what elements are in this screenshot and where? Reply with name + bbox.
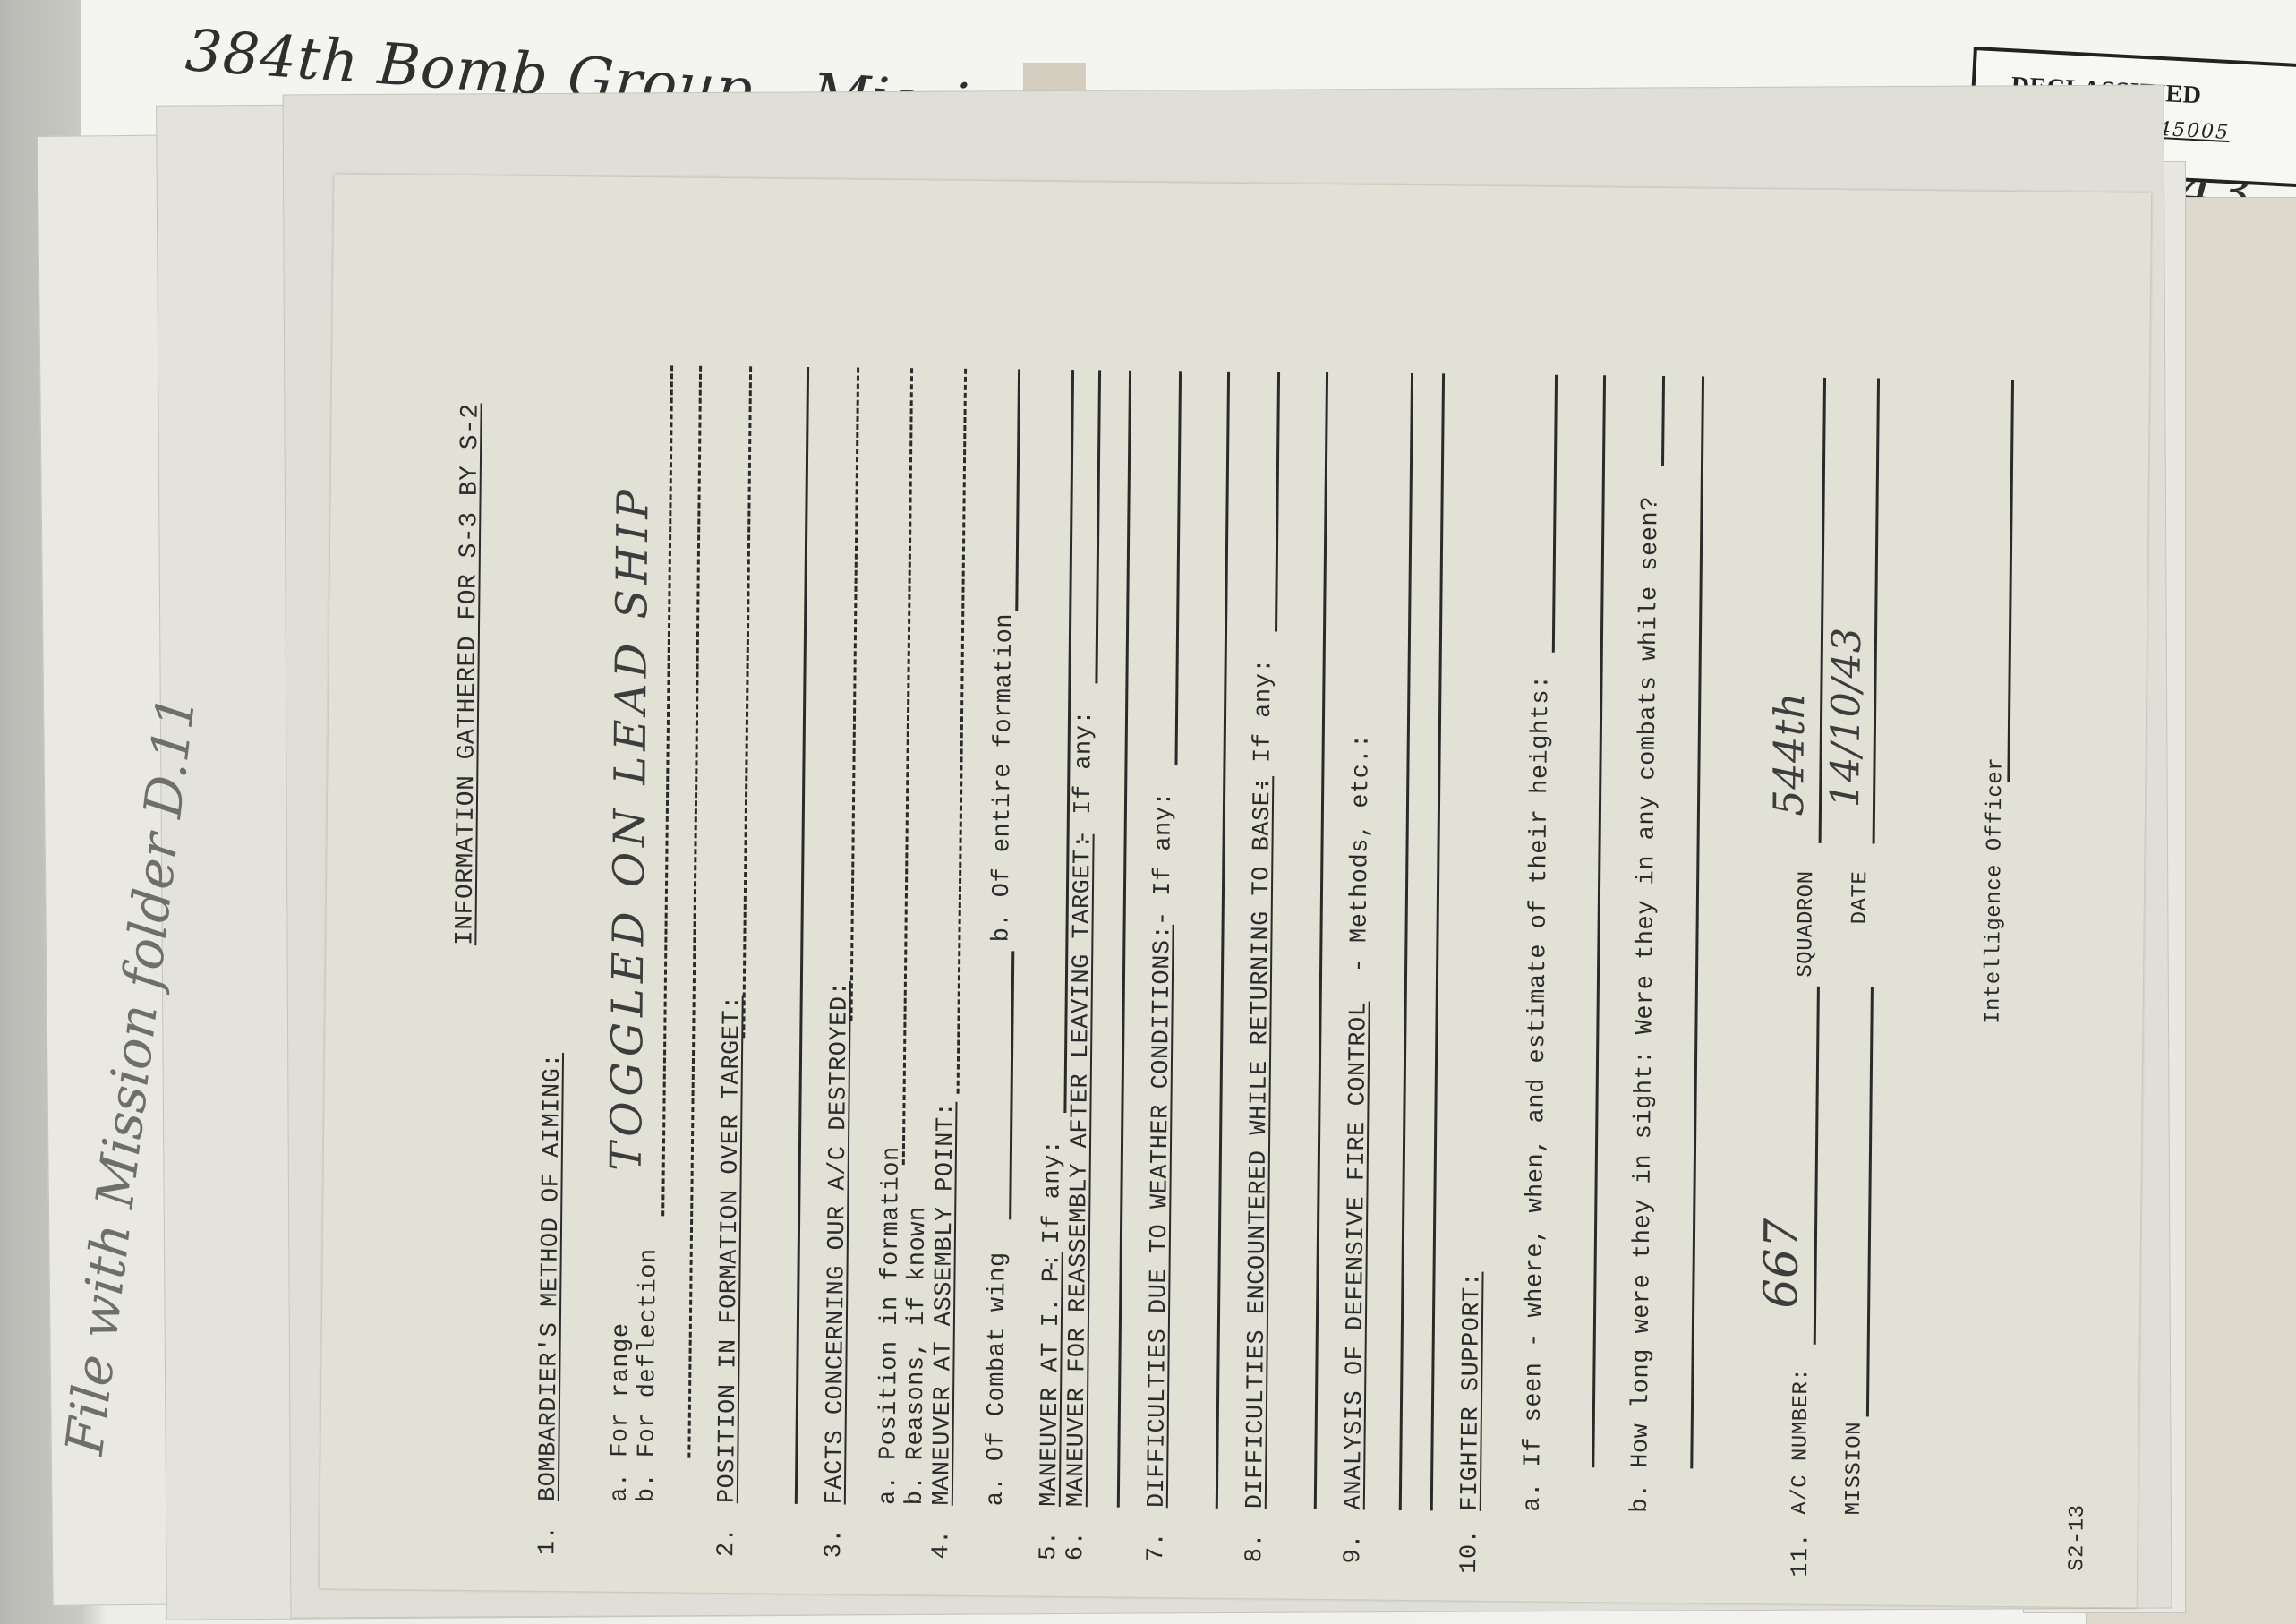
item-4-label: MANEUVER AT ASSEMBLY POINT:: [929, 1101, 960, 1505]
item-1b-line[interactable]: [661, 365, 673, 1216]
item-number: 7.: [1143, 1532, 1170, 1562]
item-10a-label: If seen - where, when, and estimate of t…: [1520, 674, 1555, 1467]
form-code: S2-13: [2065, 1504, 2090, 1571]
item-number: 8.: [1242, 1533, 1268, 1563]
sub-letter: b.: [988, 912, 1015, 943]
item-10a-line[interactable]: [1592, 375, 1606, 1467]
item-5-suffix: - If any:: [1039, 1139, 1068, 1274]
ac-number-value-handwritten: 667: [1754, 1218, 1809, 1308]
item-number: 6.: [1063, 1531, 1089, 1561]
item-6-suffix: - If any:: [1071, 710, 1099, 845]
sub-letter: b.: [902, 1475, 929, 1506]
item-1a-label: For range: [607, 1322, 636, 1457]
item-8-label: DIFFICULTIES ENCOUNTERED WHILE RETURNING…: [1242, 776, 1277, 1509]
item-2-line[interactable]: [795, 367, 809, 1504]
item-9-line[interactable]: [1430, 373, 1445, 1510]
item-1b-value-handwritten: TOGGLED ON LEAD SHIP: [602, 484, 659, 1171]
sub-letter: b.: [634, 1473, 661, 1503]
item-number: 2.: [713, 1527, 740, 1558]
date-line[interactable]: [1873, 378, 1880, 843]
ac-number-line[interactable]: [1814, 987, 1820, 1345]
squadron-label: SQUADRON: [1794, 870, 1819, 977]
item-number: 5.: [1036, 1530, 1063, 1560]
item-3a-line[interactable]: [902, 368, 913, 1165]
signature-line[interactable]: [2007, 380, 2014, 782]
item-4b-label: Of entire formation: [989, 613, 1019, 898]
mission-label: MISSION: [1842, 1422, 1867, 1516]
item-3a-label: Position in formation: [875, 1146, 906, 1460]
item-4a-line[interactable]: [1009, 951, 1014, 1219]
item-10b-line[interactable]: [1661, 376, 1665, 466]
squadron-value-handwritten: 544th: [1764, 692, 1814, 816]
item-10b-label: How long were they in sight: Were they i…: [1627, 496, 1664, 1468]
item-10b-line[interactable]: [1690, 376, 1704, 1468]
sub-letter: a.: [607, 1472, 634, 1502]
item-6-line[interactable]: [1117, 371, 1131, 1508]
item-number: 9.: [1340, 1534, 1367, 1564]
item-8-line[interactable]: [1314, 372, 1328, 1509]
date-label: DATE: [1848, 871, 1874, 925]
item-7-line[interactable]: [1174, 371, 1182, 765]
item-9-suffix: - Methods, etc.:: [1346, 733, 1376, 973]
sub-letter: b.: [1627, 1483, 1654, 1513]
item-2-label: POSITION IN FORMATION OVER TARGET:: [714, 995, 747, 1503]
item-number: 1.: [534, 1525, 561, 1555]
sub-letter: a.: [875, 1474, 902, 1505]
signature-label: Intelligence Officer: [1981, 757, 2008, 1024]
item-8-line[interactable]: [1275, 372, 1280, 631]
form-title: INFORMATION GATHERED FOR S-3 BY S-2: [451, 403, 484, 945]
item-3-label: FACTS CONCERNING OUR A/C DESTROYED:: [822, 981, 854, 1505]
form-page: INFORMATION GATHERED FOR S-3 BY S-2 1. B…: [320, 174, 2151, 1607]
item-1-line[interactable]: [687, 366, 702, 1458]
item-5-label: MANEUVER AT I. P:: [1037, 1252, 1066, 1507]
item-1-label: BOMBARDIER'S METHOD OF AIMING:: [535, 1053, 567, 1501]
item-8-suffix: - If any:: [1250, 658, 1278, 793]
item-number: 4.: [928, 1529, 955, 1560]
item-4a-label: Of Combat wing: [983, 1252, 1011, 1461]
item-7-suffix: - If any:: [1150, 791, 1179, 927]
item-number: 3.: [821, 1528, 848, 1559]
item-4-line[interactable]: [957, 369, 967, 1094]
item-9-label: ANALYSIS OF DEFENSIVE FIRE CONTROL: [1341, 1001, 1373, 1509]
item-7-label: DIFFICULTIES DUE TO WEATHER CONDITIONS:: [1144, 925, 1177, 1509]
item-6-line[interactable]: [1095, 370, 1101, 683]
item-3-line[interactable]: [849, 368, 859, 1021]
sub-letter: a.: [983, 1476, 1010, 1507]
item-number: 11.: [1788, 1532, 1815, 1577]
mission-line[interactable]: [1866, 987, 1874, 1416]
date-value-handwritten: 14/10/43: [1822, 627, 1870, 808]
item-1b-label: For deflection: [634, 1248, 662, 1457]
item-7-line[interactable]: [1216, 372, 1230, 1509]
ac-number-label: A/C NUMBER:: [1788, 1368, 1814, 1515]
item-10a-line[interactable]: [1552, 375, 1558, 653]
item-9-line[interactable]: [1399, 373, 1413, 1510]
item-2-line[interactable]: [742, 366, 752, 1038]
item-number: 10.: [1456, 1529, 1484, 1574]
item-10-label: FIGHTER SUPPORT:: [1457, 1271, 1487, 1511]
item-4b-line[interactable]: [1015, 369, 1020, 611]
sub-letter: a.: [1520, 1482, 1547, 1512]
item-3b-label: Reasons, if known: [902, 1206, 932, 1460]
form-content: INFORMATION GATHERED FOR S-3 BY S-2 1. B…: [320, 174, 2151, 1607]
